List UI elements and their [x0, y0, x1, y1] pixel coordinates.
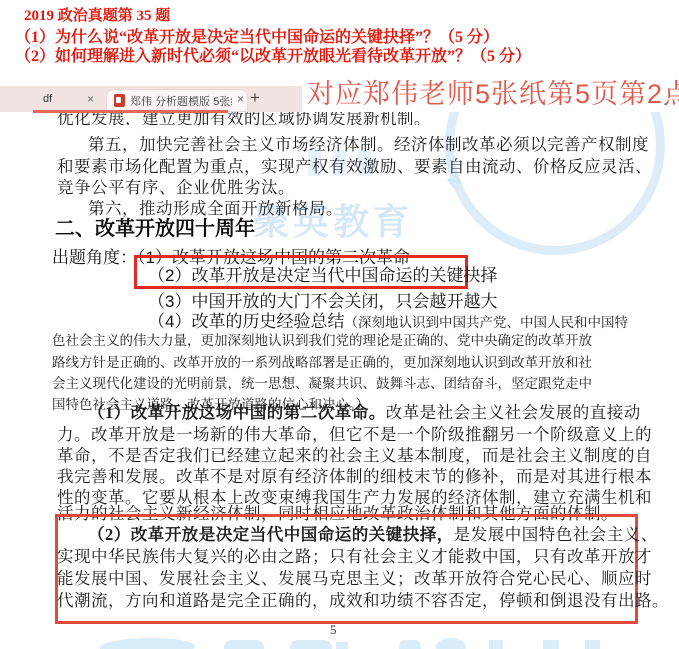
watermark-bottom-shape	[224, 640, 264, 649]
para2-lead-bold: （2）改革开放是决定当代中国命运的关键抉择，	[88, 525, 454, 544]
para2-line: （2）改革开放是决定当代中国命运的关键抉择，是发展中国特色社会主义、	[88, 521, 658, 545]
side-note-annotation: 对应郑伟老师5张纸第5页第2点	[307, 72, 679, 111]
new-tab-icon[interactable]: +	[250, 88, 260, 108]
exam-question-2: （2）如何理解进入新时代必须“以改革开放眼光看待改革开放”？（5 分）	[15, 43, 531, 66]
watermark-bottom-shape	[436, 638, 466, 649]
note-line: 路线方针是正确的、改革开放的一系列战略部署是正确的，更加深刻地认识到改革开放和社	[52, 351, 592, 371]
pdf-page: N 聚英教育 优化发展，建立更加有效的区域协调发展新机制。 第五，加快完善社会主…	[0, 112, 679, 649]
tab-partial-close-icon[interactable]: ×	[87, 92, 94, 106]
para2-line: 实现中华民族伟大复兴的必由之路；只有社会主义才能救中国，只有改革开放才	[57, 543, 652, 567]
watermark-bottom-shape	[336, 642, 348, 649]
watermark-bottom-shape	[489, 640, 503, 649]
angle-item-4-note: （深刻地认识到中国共产党、中国人民和中国特	[344, 315, 628, 330]
tab-active-close-icon[interactable]: ×	[237, 92, 244, 106]
watermark-bottom-shape	[585, 640, 600, 649]
browser-tab-strip: df × 郑伟 分析题模版 5张纸.pdf × +	[0, 86, 302, 112]
tab-red-underline-annotation	[33, 110, 228, 113]
tab-active-pdf[interactable]: 郑伟 分析题模版 5张纸.pdf ×	[106, 89, 248, 112]
note-line: 会主义现代化建设的光明前景，统一思想、凝聚共识、鼓舞斗志、团结奋斗，坚定跟党走中	[52, 372, 592, 392]
note-line: 色社会主义的伟大力量，更加深刻地认识到我们党的理论是正确的、党中央确定的改革开放	[52, 329, 592, 349]
watermark-bottom-shape	[543, 640, 559, 649]
para2-line: 代潮流，方向和道路是完全正确的，成效和功绩不容否定，停顿和倒退没有出路。	[57, 587, 669, 611]
watermark-bottom-shape	[96, 638, 199, 649]
para2-line: 能发展中国、发展社会主义、发展马克思主义；改革开放符合党心民心、顺应时	[57, 565, 652, 589]
tab-active-label: 郑伟 分析题模版 5张纸.pdf	[130, 93, 232, 109]
watermark-bottom-shape	[399, 640, 421, 649]
para1-lead-bold: （1）改革开放这场中国的第二次革命。	[88, 403, 386, 422]
screenshot-root: 2019 政治真题第 35 题 （1）为什么说“改革开放是决定当代中国命运的关键…	[0, 0, 679, 649]
para1-line: （1）改革开放这场中国的第二次革命。改革是社会主义社会发展的直接动	[88, 399, 641, 423]
body-line: 第五，加快完善社会主义市场经济体制。经济体制改革必须以完善产权制度	[88, 131, 649, 155]
exam-title-annotation: 2019 政治真题第 35 题	[24, 4, 170, 25]
watermark-bottom-shape	[290, 640, 332, 649]
section-heading: 二、改革开放四十周年	[55, 212, 255, 241]
angle-item-2: （2）改革开放是决定当代中国命运的关键抉择	[148, 261, 497, 286]
body-line: 优化发展，建立更加有效的区域协调发展新机制。	[57, 112, 431, 125]
tab-partial[interactable]: df	[43, 93, 52, 105]
page-number: 5	[330, 622, 337, 638]
pdf-file-icon	[114, 94, 125, 107]
